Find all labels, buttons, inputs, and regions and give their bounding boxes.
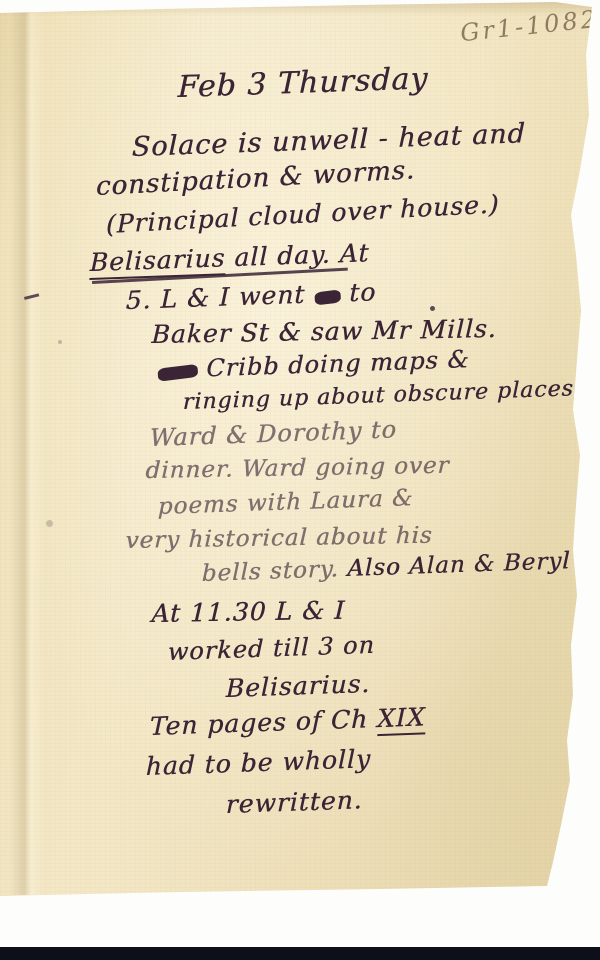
handwritten-line-15: worked till 3 on	[168, 631, 376, 666]
text-segment: had to be wholly	[145, 744, 371, 781]
text-segment: ringing up about obscure places	[183, 376, 574, 415]
text-segment: Cribb doing maps &	[197, 345, 469, 383]
ink-speck	[58, 340, 62, 344]
ink-blot	[157, 364, 198, 382]
text-segment: At 11.30 L & I	[151, 596, 346, 628]
text-segment: very historical about his	[125, 523, 433, 554]
handwritten-line-4: Belisarius all day. At	[89, 238, 369, 277]
handwritten-line-1: Solace is unwell - heat and	[131, 118, 526, 163]
text-segment: Also Alan & Beryl	[347, 548, 571, 582]
ink-blot	[314, 289, 341, 305]
handwritten-line-7: Cribb doing maps &	[158, 345, 470, 384]
text-segment: Feb 3 Thursday	[177, 61, 428, 105]
text-segment: Belisarius.	[225, 669, 370, 703]
handwritten-line-18: had to be wholly	[145, 744, 371, 781]
scan-edge-band	[0, 947, 600, 960]
manuscript-page: Gr1-1082 Feb 3 ThursdaySolace is unwell …	[0, 0, 600, 960]
handwritten-line-6: Baker St & saw Mr Mills.	[151, 314, 497, 349]
paper-fold-crease	[10, 0, 44, 895]
text-segment: Baker St & saw Mr Mills.	[151, 314, 497, 349]
handwritten-line-0: Feb 3 Thursday	[177, 61, 428, 105]
handwritten-line-11: poems with Laura &	[158, 485, 414, 520]
text-segment: Solace is unwell - heat and	[131, 118, 526, 163]
handwritten-line-12: very historical about his	[125, 523, 433, 554]
text-segment: to	[340, 277, 377, 307]
text-segment: XIX	[377, 702, 426, 736]
text-segment: dinner. Ward going over	[145, 453, 450, 484]
handwritten-line-8: ringing up about obscure places	[183, 376, 574, 415]
ink-speck	[46, 520, 53, 527]
handwritten-line-17: Ten pages of Ch XIX	[149, 702, 425, 741]
ink-speck	[430, 306, 435, 311]
text-segment: Ten pages of Ch	[149, 704, 377, 741]
handwritten-line-13: bells story. Also Alan & Beryl	[202, 548, 571, 587]
handwritten-line-19: rewritten.	[225, 785, 362, 819]
text-segment: all day. At	[225, 238, 369, 272]
text-segment: worked till 3 on	[168, 631, 376, 666]
text-segment: 5. L & I went	[125, 279, 314, 315]
handwritten-line-5: 5. L & I went to	[125, 277, 376, 315]
text-segment: poems with Laura &	[158, 485, 414, 520]
text-segment: bells story.	[202, 556, 348, 587]
text-segment: Ward & Dorothy to	[150, 415, 398, 452]
handwritten-line-9: Ward & Dorothy to	[150, 415, 398, 452]
handwritten-line-10: dinner. Ward going over	[145, 453, 450, 484]
handwritten-line-16: Belisarius.	[225, 669, 370, 703]
text-segment: rewritten.	[225, 785, 362, 819]
handwritten-line-14: At 11.30 L & I	[151, 596, 346, 628]
